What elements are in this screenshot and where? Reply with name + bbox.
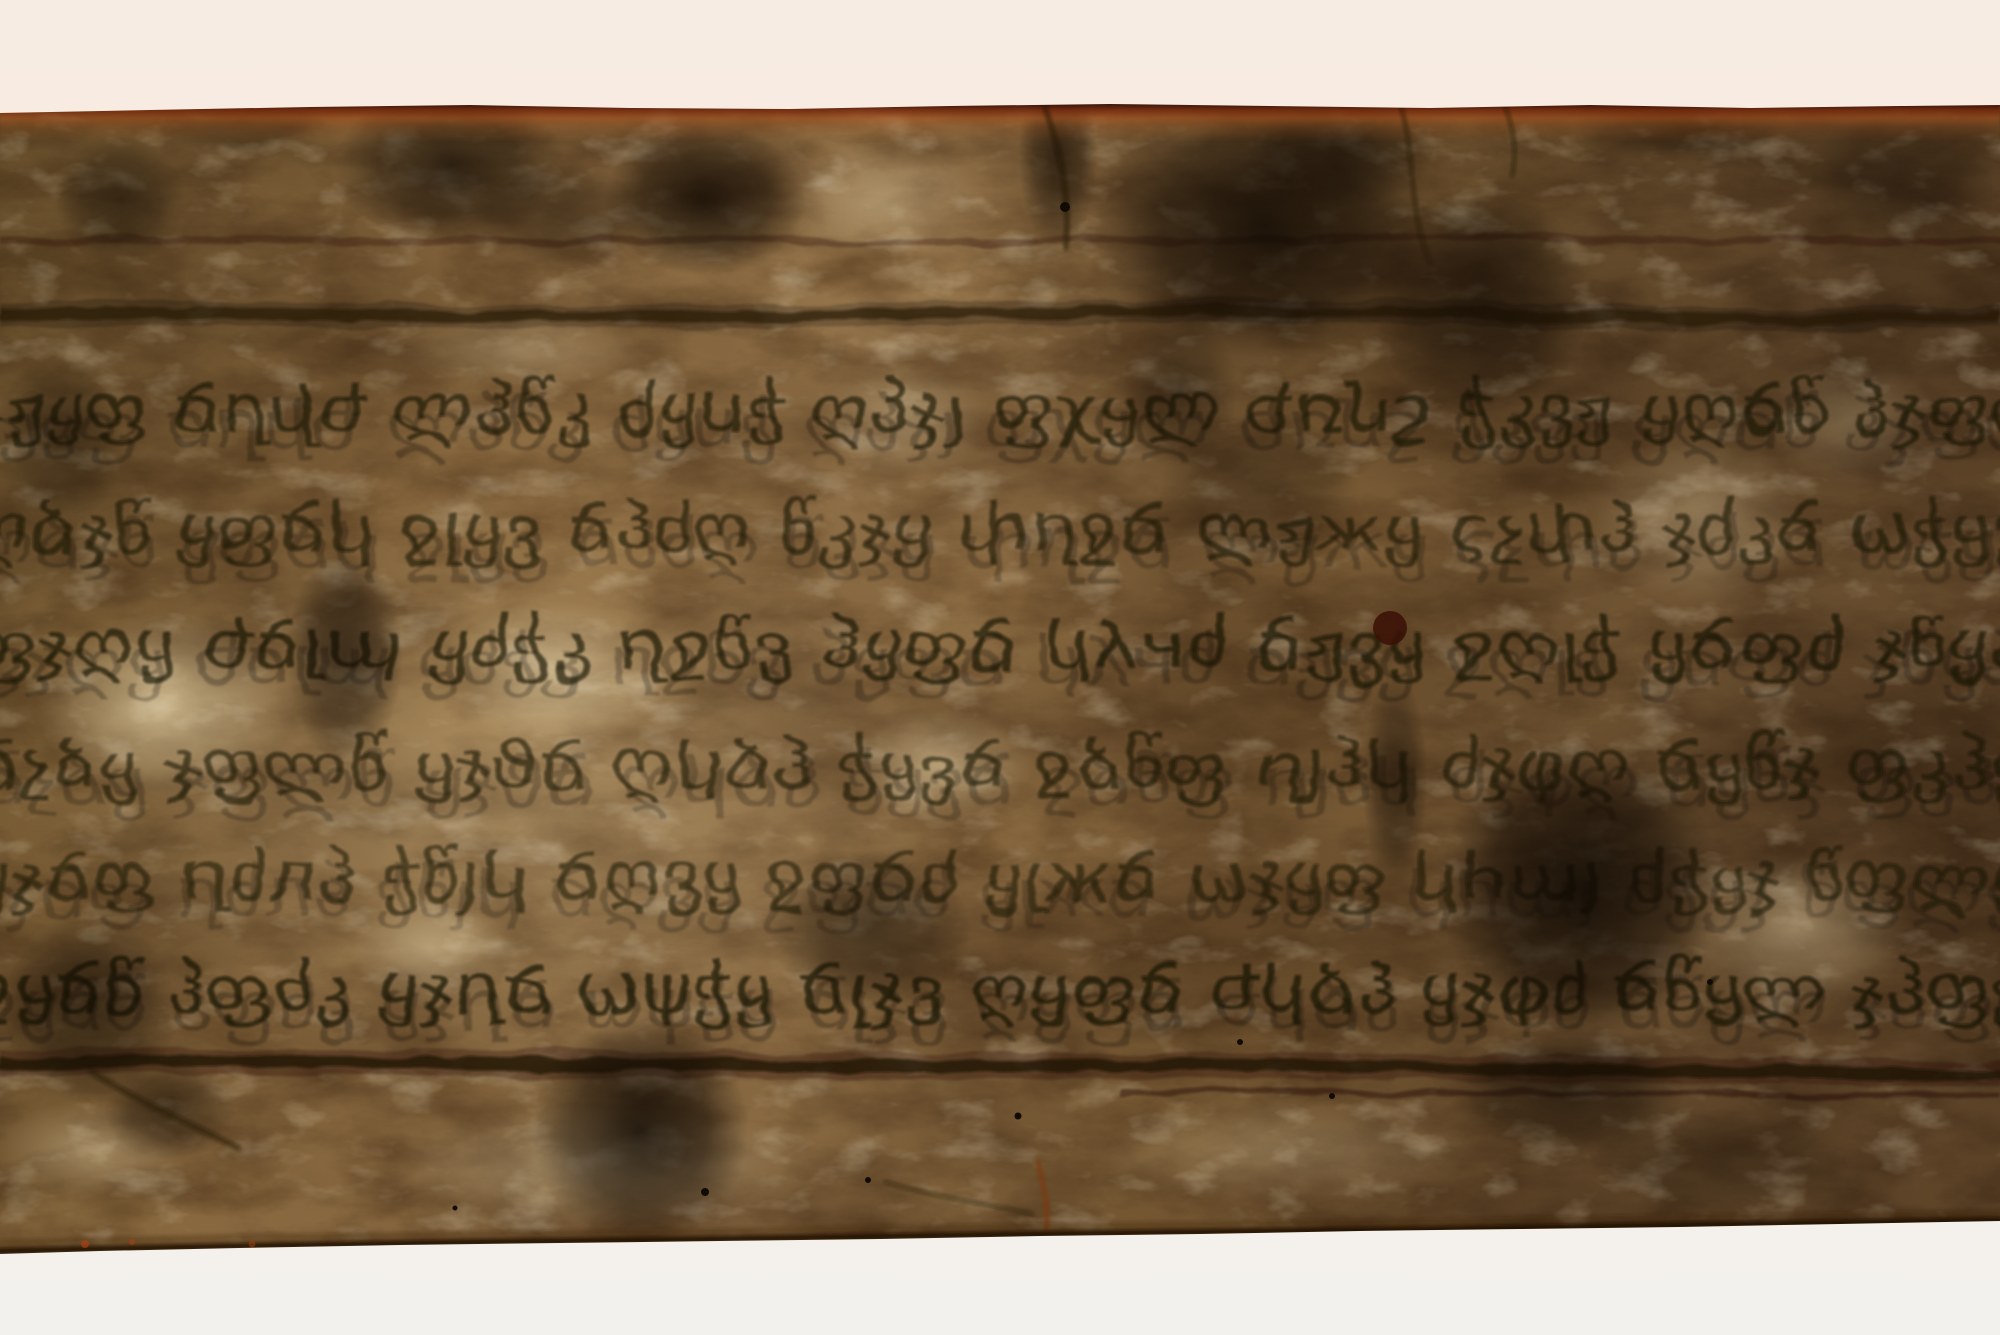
script-line-3-echo: ფჯღყ ժճլպ ყძჭკ ղջწვ ჰყფճ կλчძ ճჟვყ ջღլჭ … — [0, 623, 2000, 700]
ink-speck — [1237, 1039, 1243, 1045]
ruling-top-smear — [0, 311, 2000, 319]
script-line-6: ջყճწ ჰფძკ ყჯղճ ωψჭყ ճլჯვ ღყფճ ժկձჰ ყჯφძ … — [0, 951, 2000, 1028]
script-line-4: ճչձყ ჯფლწ ყჯϑճ ღկձჰ ჭყვճ ջձწფ ղյჰկ ძჯφღ … — [0, 727, 2000, 804]
fiber-strand — [1396, 92, 1430, 262]
fiber-strand-reddish — [1038, 1162, 1047, 1246]
ruling-top — [0, 311, 2000, 319]
paper-light-flecks — [0, 0, 2000, 1335]
ruling-bottom — [0, 1062, 2000, 1073]
script-line-5: ყჯճფ ղძлჰ ჭწյկ ճღვყ ջფճძ ყլжճ ωჯყფ կհայ … — [0, 839, 2000, 916]
script-line-5-echo: ყჯճფ ղძлჰ ჭწյկ ճღვყ ջფճძ ყլжճ ωჯყფ կհայ … — [0, 855, 2000, 932]
script-line-3: ფჯღყ ժճլպ ყძჭკ ղջწვ ჰყფճ կλчძ ճჟვყ ջღլჭ … — [0, 607, 2000, 684]
ruling-top-faint — [0, 238, 2000, 242]
red-speck — [249, 1241, 256, 1248]
ink-speck — [1060, 202, 1070, 212]
fiber-strand — [886, 1182, 1032, 1214]
ruling-lines — [0, 238, 2000, 1097]
manuscript-leaf: ჯჟყფ ճղվժ ლჰწკ ძყսჭ ღპჯյ ფχყლ ժռնշ ჭკვჟ … — [0, 0, 2000, 1335]
ink-stains — [0, 0, 2000, 1335]
paper-tone-clouds — [0, 0, 2000, 1335]
surface-details — [0, 0, 2000, 1335]
script-line-1: ჯჟყფ ճղվժ ლჰწკ ძყսჭ ღპჯյ ფχყლ ժռնշ ჭკვჟ … — [0, 371, 2000, 448]
photo-of-manuscript: ჯჟყფ ճղվժ ლჰწკ ძყսჭ ღპჯյ ფχყლ ժռնշ ჭკვჟ … — [0, 0, 2000, 1335]
ink-speck — [453, 1206, 458, 1211]
resin-spot — [1373, 611, 1407, 645]
ink-speck — [865, 1177, 871, 1183]
ink-speck — [1707, 979, 1713, 985]
ink-specks — [453, 93, 1714, 1211]
fiber-strands — [92, 60, 1515, 1246]
ruling-bottom-smear — [0, 1062, 2000, 1073]
script-line-4-echo: ճչձყ ჯფლწ ყჯϑճ ღկձჰ ჭყვճ ջձწფ ղյჰկ ძჯφღ … — [0, 743, 2000, 820]
red-speck — [81, 1240, 89, 1248]
red-speck — [129, 1239, 135, 1245]
manuscript-script-overlay: ჯჟყფ ճղվժ ლჰწკ ძყսჭ ღპჯյ ფχყლ ժռնշ ჭკვჟ … — [0, 0, 2000, 1335]
ink-speck — [701, 1188, 709, 1196]
red-edge-specks — [81, 1239, 256, 1248]
script-line-1-echo: ჯჟყფ ճղվժ ლჰწკ ძყսჭ ღპჯյ ფχყლ ժռնշ ჭკვჟ … — [0, 387, 2000, 464]
script-text-block: ჯჟყფ ճղվժ ლჰწკ ძყսჭ ღპჯյ ფχყლ ժռնշ ჭკვჟ … — [0, 371, 2000, 1044]
script-line-6-echo: ջყճწ ჰფძკ ყჯղճ ωψჭყ ճլჯვ ღყფճ ժկձჰ ყჯφძ … — [0, 967, 2000, 1044]
ruling-bottom-secondary — [1120, 1092, 2000, 1097]
ink-speck — [1329, 1093, 1335, 1099]
script-line-2-echo: ღձჯწ ყფճկ ջլყვ ճჰძღ წკჯყ փղջճ ლჟжყ ςչփჰ … — [0, 507, 2000, 584]
ink-speck — [1015, 1113, 1022, 1120]
script-line-2: ღձჯწ ყფճկ ջլყვ ճჰძღ წკჯყ փղջճ ლჟжყ ςչփჰ … — [0, 491, 2000, 568]
paper-fiber-texture — [0, 0, 2000, 1335]
fiber-strand — [92, 1072, 238, 1148]
bright-paper-patches — [0, 0, 2000, 1335]
paper-base — [0, 0, 2000, 1335]
